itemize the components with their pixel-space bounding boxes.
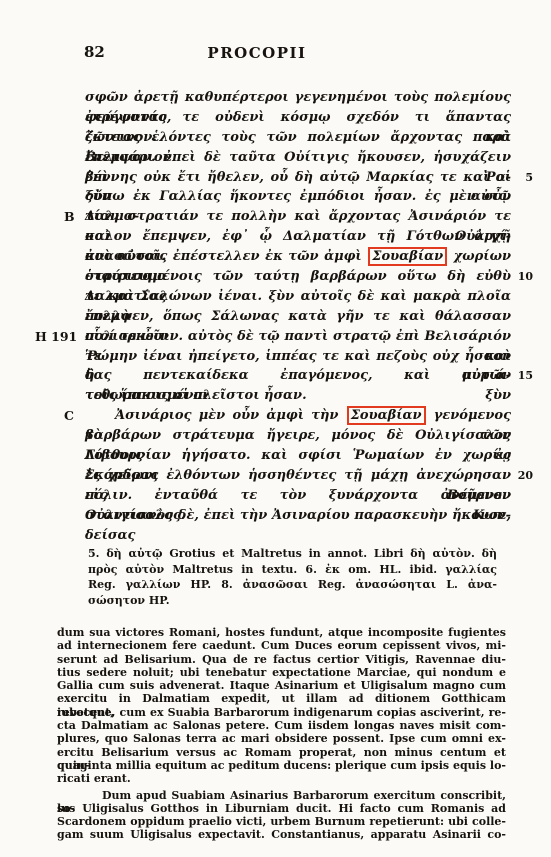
latin-paragraph: Dum apud Suabiam Asinarius Barbarorum ex… bbox=[57, 789, 506, 842]
greek-line: φεύγοντάς τε οὐδενὶ κόσμῳ σχεδόν τι ἅπαν… bbox=[85, 108, 511, 128]
latin-line: ercitu Belisarium versus ac Romam proper… bbox=[57, 746, 506, 759]
text-segment: Ἀσινάριος μὲν οὖν ἀμφὶ τὴν bbox=[115, 408, 346, 423]
line-number: 10 bbox=[518, 267, 533, 287]
highlight-box-souabia: Σουαβίαν bbox=[368, 247, 447, 266]
greek-line: ἔπεμψεν, ὅπως Σάλωνας κατὰ γῆν τε καὶ θά… bbox=[85, 307, 511, 327]
apparatus-line: 5. δὴ αὐτῷ Grotius et Maltretus in annot… bbox=[88, 546, 497, 562]
text-segment: καὶ αὐτοῖς ἐπέστελλεν ἐκ τῶν ἀμφὶ bbox=[85, 249, 367, 264]
greek-line: Λιβουρνίαν ἡγήσατο. καὶ σφίσι Ῥωμαίων ἐν… bbox=[85, 446, 511, 466]
highlight-box-souabia: Σουαβίαν bbox=[347, 406, 426, 425]
text-segment: Scardonem oppidum praelio victi, urbem B… bbox=[57, 815, 506, 828]
greek-line: οὔπω ἐκ Γαλλίας ἥκοντες ἐμπόδιοι ἦσαν. ἐ… bbox=[85, 187, 511, 207]
greek-line: σταντιανὸς δὲ, ἐπεὶ τὴν Ἀσιναρίου παρασκ… bbox=[85, 506, 511, 526]
text-segment: cta Dalmatiam ac Salonas petere. Cum iis… bbox=[57, 719, 506, 732]
running-title: PROCOPII bbox=[85, 44, 429, 62]
text-segment: 5. δὴ αὐτῷ Grotius et Maltretus in annot… bbox=[88, 547, 497, 560]
text-segment: iubetque, cum ex Suabia Barbarorum indig… bbox=[57, 706, 506, 719]
text-segment: ricati erant. bbox=[57, 772, 131, 785]
greek-line: βέννης οὐκ ἔτι ἤθελεν, οὗ δὴ αὐτῷ Μαρκία… bbox=[85, 168, 511, 188]
latin-line: serunt ad Belisarium. Qua de re factus c… bbox=[57, 653, 506, 666]
greek-line: ἔπεμψαν. ἐπεὶ δὲ ταῦτα Οὐίτιγις ἤκουσεν,… bbox=[85, 148, 511, 168]
greek-line: ἐς χεῖρας ἐλθόντων ἡσσηθέντες τῇ μάχῃ ἀν… bbox=[85, 466, 511, 486]
latin-line: Dum apud Suabiam Asinarius Barbarorum ex… bbox=[57, 789, 506, 802]
greek-line: CἈσινάριος μὲν οὖν ἀμφὶ τὴν Σουαβίαν γεν… bbox=[85, 406, 511, 426]
latin-line: dum sua victores Romani, hostes fundunt,… bbox=[57, 626, 506, 639]
greek-line: δας πεντεκαίδεκα ἐπαγόμενος, καὶ αὐτῶν τ… bbox=[85, 366, 511, 386]
critical-apparatus-block: 5. δὴ αὐτῷ Grotius et Maltretus in annot… bbox=[88, 546, 497, 608]
greek-line: σφῶν ἀρετῇ καθυπέρτεροι γεγενημένοι τοὺς… bbox=[85, 88, 511, 108]
latin-line: plures, quo Salonas terra ac mari obside… bbox=[57, 732, 506, 745]
greek-line: ζῶντας ἑλόντες τοὺς τῶν πολεμίων ἄρχοντα… bbox=[85, 128, 511, 148]
line-number: 5 bbox=[525, 168, 533, 188]
greek-line: βαρβάρων στράτευμα ἤγειρε, μόνος δὲ Οὐλι… bbox=[85, 426, 511, 446]
text-segment: plures, quo Salonas terra ac mari obside… bbox=[57, 732, 506, 745]
latin-translation-block: dum sua victores Romani, hostes fundunt,… bbox=[57, 626, 506, 842]
greek-line: καὶ αὐτοῖς ἐπέστελλεν ἐκ τῶν ἀμφὶ Σουαβί… bbox=[85, 247, 511, 267]
greek-line: Ῥώμην ἰέναι ἠπείγετο, ἱππέας τε καὶ πεζο… bbox=[85, 347, 511, 367]
latin-line: tius sedere noluit; ubi tenebatur expect… bbox=[57, 666, 506, 679]
margin-reference: B bbox=[64, 207, 75, 227]
greek-line: H 191οἷοί τε ὦσιν. αὐτὸς δὲ τῷ παντὶ στρ… bbox=[85, 327, 511, 347]
text-segment: tius sedere noluit; ubi tenebatur expect… bbox=[57, 666, 506, 679]
book-page-scan: 82 PROCOPII σφῶν ἀρετῇ καθυπέρτεροι γεγε… bbox=[0, 0, 551, 857]
apparatus-line: Reg. γαλλίων HP. 8. ἀνασῶσαι Reg. ἀνασώσ… bbox=[88, 577, 497, 593]
margin-reference: C bbox=[64, 406, 74, 426]
line-number: 20 bbox=[518, 466, 533, 486]
text-segment: gam suum Uligisalus expectavit. Constant… bbox=[57, 828, 506, 841]
latin-line: ad internecionem fere caedunt. Cum Duces… bbox=[57, 639, 506, 652]
text-segment: Reg. γαλλίων HP. 8. ἀνασῶσαι Reg. ἀνασώσ… bbox=[88, 578, 497, 591]
greek-text-block: σφῶν ἀρετῇ καθυπέρτεροι γεγενημένοι τοὺς… bbox=[85, 88, 511, 526]
apparatus-line: πρὸς αὐτὸν Maltretus in textu. 6. ἐκ om.… bbox=[88, 562, 497, 578]
latin-line: iubetque, cum ex Suabia Barbarorum indig… bbox=[57, 706, 506, 719]
latin-line: lus Uligisalus Gotthos in Liburniam duci… bbox=[57, 802, 506, 815]
greek-line: ἑταιρισαμένοις τῶν ταύτῃ βαρβάρων οὕτω δ… bbox=[85, 267, 511, 287]
text-segment: Gallia cum suis advenerat. Itaque Asinar… bbox=[57, 679, 506, 692]
greek-line: πόλιν. ἐνταῦθά τε τὸν ξυνάρχοντα ἀνέμενε… bbox=[85, 486, 511, 506]
latin-line: ricati erant. bbox=[57, 772, 506, 785]
text-segment: σώσητον HP. bbox=[88, 594, 170, 607]
greek-line: τε καὶ Σαλώνων ἰέναι. ξὺν αὐτοῖς δὲ καὶ … bbox=[85, 287, 511, 307]
text-segment: πρὸς αὐτὸν Maltretus in textu. 6. ἐκ om.… bbox=[88, 563, 497, 576]
text-segment: ad internecionem fere caedunt. Cum Duces… bbox=[57, 639, 506, 652]
latin-paragraph: dum sua victores Romani, hostes fundunt,… bbox=[57, 626, 506, 786]
text-segment: lus Uligisalus Gotthos in Liburniam duci… bbox=[57, 802, 506, 815]
latin-line: exercitu in Dalmatiam expedit, ut illam … bbox=[57, 692, 506, 705]
latin-line: cta Dalmatiam ac Salonas petere. Cum iis… bbox=[57, 719, 506, 732]
text-segment: dum sua victores Romani, hostes fundunt,… bbox=[57, 626, 506, 639]
text-segment: quaginta millia equitum ac peditum ducen… bbox=[57, 759, 506, 772]
latin-line: Gallia cum suis advenerat. Itaque Asinar… bbox=[57, 679, 506, 692]
text-segment: serunt ad Belisarium. Qua de re factus c… bbox=[57, 653, 506, 666]
latin-line: Scardonem oppidum praelio victi, urbem B… bbox=[57, 815, 506, 828]
line-number: 15 bbox=[518, 366, 533, 386]
greek-line: σαλον ἔπεμψεν, ἐφ᾽ ᾧ Δαλματίαν τῇ Γότθων… bbox=[85, 227, 511, 247]
latin-line: quaginta millia equitum ac peditum ducen… bbox=[57, 759, 506, 772]
margin-reference: H 191 bbox=[35, 327, 77, 347]
text-segment: τοῖς ἵπποις οἱ πλεῖστοι ἦσαν. bbox=[85, 388, 307, 403]
apparatus-line: σώσητον HP. bbox=[88, 593, 497, 609]
greek-line: τοῖς ἵπποις οἱ πλεῖστοι ἦσαν. bbox=[85, 386, 511, 406]
greek-line: Bτίαν στρατιάν τε πολλὴν καὶ ἄρχοντας Ἀσ… bbox=[85, 207, 511, 227]
latin-line: gam suum Uligisalus expectavit. Constant… bbox=[57, 828, 506, 841]
